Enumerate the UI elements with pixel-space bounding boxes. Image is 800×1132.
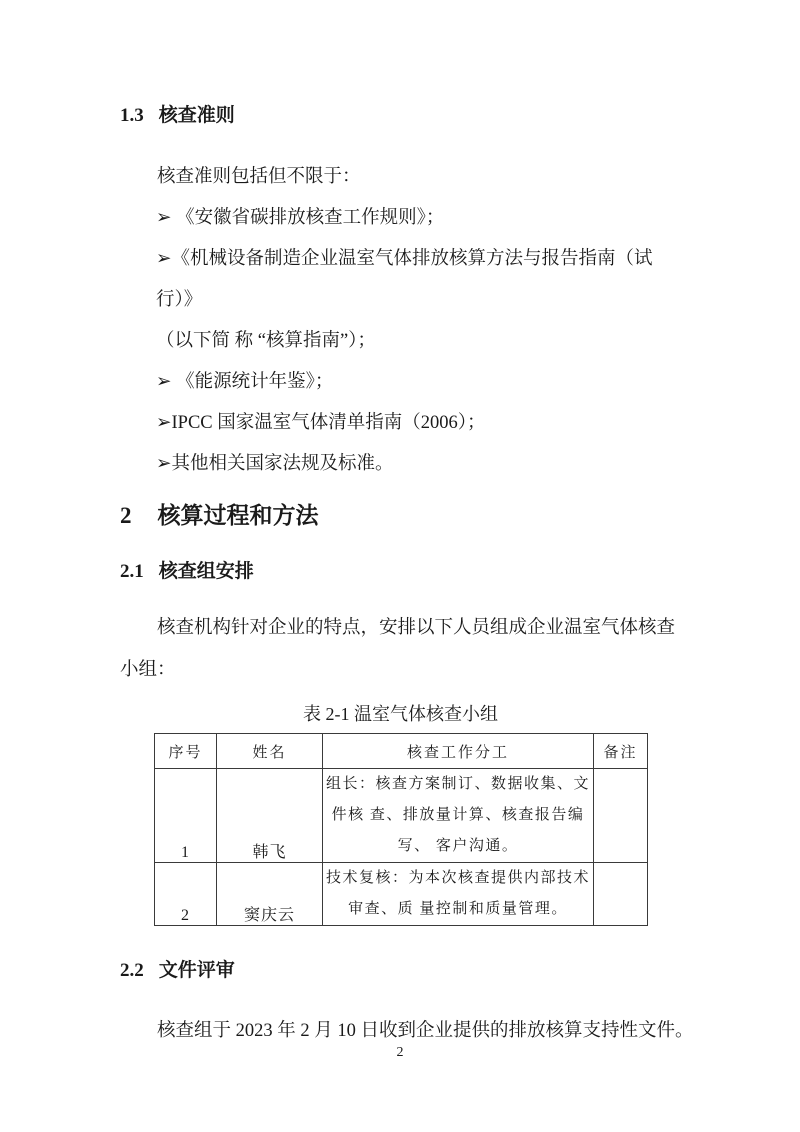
table-row: 1 韩飞 组长：核查方案制订、数据收集、文 件核 查、排放量计算、核查报告编 写…: [155, 769, 648, 863]
header-serial-number: 序号: [155, 734, 217, 769]
section-title: 核查组安排: [159, 561, 254, 582]
section-number: 2: [120, 503, 132, 528]
section-number: 2.2: [120, 960, 144, 981]
document-page: 1.3核查准则 核查准则包括但不限于： ➢ 《安徽省碳排放核查工作规则》； ➢《…: [0, 0, 800, 1132]
page-content: 1.3核查准则 核查准则包括但不限于： ➢ 《安徽省碳排放核查工作规则》； ➢《…: [0, 103, 800, 1052]
cell-duty: 技术复核：为本次核查提供内部技术 审查、质 量控制和质量管理。: [323, 863, 594, 926]
header-duty: 核查工作分工: [323, 734, 594, 769]
section-heading-1-3: 1.3核查准则: [120, 103, 690, 129]
header-note: 备注: [594, 734, 648, 769]
criteria-intro: 核查准则包括但不限于：: [120, 157, 690, 198]
cell-name: 窦庆云: [217, 863, 323, 926]
team-arrangement-paragraph: 核查机构针对企业的特点，安排以下人员组成企业温室气体核查 小组：: [120, 607, 690, 691]
cell-serial-number: 2: [155, 863, 217, 926]
header-name: 姓名: [217, 734, 323, 769]
criteria-item: ➢《机械设备制造企业温室气体排放核算方法与报告指南（试行）》 （以下简 称 “核…: [120, 239, 690, 362]
criteria-item: ➢其他相关国家法规及标准。: [120, 444, 690, 485]
section-title: 核算过程和方法: [158, 503, 319, 528]
cell-note: [594, 769, 648, 863]
team-table: 序号 姓名 核查工作分工 备注 1 韩飞 组长：核查方案制订、数据收集、文 件核…: [154, 733, 648, 926]
page-number: 2: [0, 1044, 800, 1062]
table-caption: 表 2-1 温室气体核查小组: [154, 701, 647, 727]
section-number: 2.1: [120, 561, 144, 582]
criteria-item: ➢IPCC 国家温室气体清单指南（2006）；: [120, 403, 690, 444]
criteria-item: ➢ 《能源统计年鉴》；: [120, 362, 690, 403]
cell-serial-number: 1: [155, 769, 217, 863]
section-heading-2-2: 2.2文件评审: [120, 958, 690, 984]
section-title: 文件评审: [159, 960, 235, 981]
section-heading-2: 2核算过程和方法: [120, 499, 690, 533]
cell-name: 韩飞: [217, 769, 323, 863]
section-title: 核查准则: [159, 105, 235, 126]
table-row: 2 窦庆云 技术复核：为本次核查提供内部技术 审查、质 量控制和质量管理。: [155, 863, 648, 926]
section-number: 1.3: [120, 105, 144, 126]
section-heading-2-1: 2.1核查组安排: [120, 559, 690, 585]
cell-note: [594, 863, 648, 926]
criteria-list: ➢ 《安徽省碳排放核查工作规则》； ➢《机械设备制造企业温室气体排放核算方法与报…: [120, 198, 690, 485]
cell-duty: 组长：核查方案制订、数据收集、文 件核 查、排放量计算、核查报告编 写、 客户沟…: [323, 769, 594, 863]
table-header-row: 序号 姓名 核查工作分工 备注: [155, 734, 648, 769]
criteria-item: ➢ 《安徽省碳排放核查工作规则》；: [120, 198, 690, 239]
